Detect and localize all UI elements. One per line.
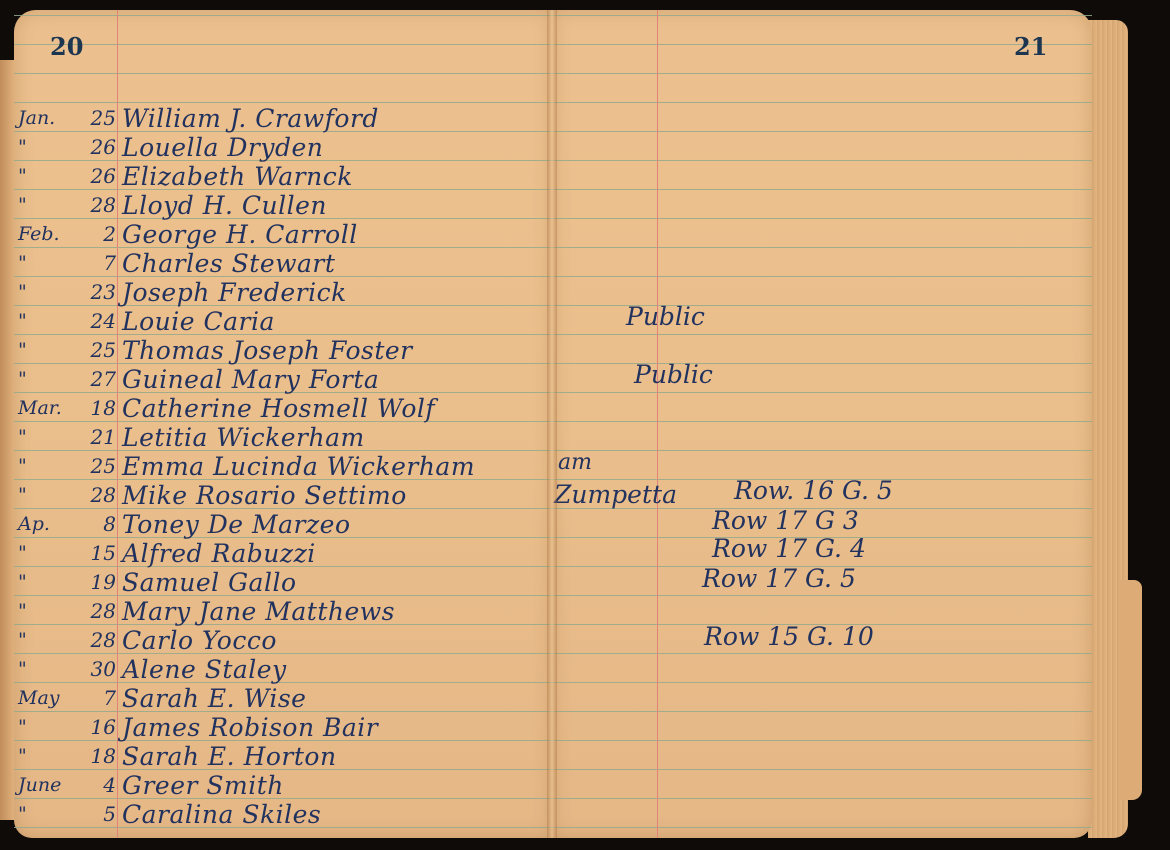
entry-day: 18 [80,742,116,771]
entry-month: Feb. [18,220,80,249]
entry-name: James Robison Bair [122,713,378,742]
entry-month: May [18,684,80,713]
note-row-grave-3: Row 17 G. 4 [712,534,866,563]
entry-day: 15 [80,539,116,568]
entry-month: " [18,655,80,684]
entry-month: " [18,423,80,452]
entry-day: 28 [80,597,116,626]
entry-month: " [18,800,80,829]
entry-name: Carlo Yocco [122,626,277,655]
ruled-lines [552,10,1092,838]
entry-day: 7 [80,684,116,713]
entry-month: " [18,162,80,191]
entry-name: Greer Smith [122,771,284,800]
margin-line [117,10,118,838]
note-name-continuation: am [558,450,592,475]
right-page: 21 Public Public am Zumpetta Row. 16 G. … [552,10,1092,838]
entry-month: Jan. [18,104,80,133]
entry-name: Mary Jane Matthews [122,597,395,626]
entry-month: " [18,626,80,655]
entry-name: Toney De Marzeo [122,510,351,539]
note-public-2: Public [634,360,713,389]
entry-day: 4 [80,771,116,800]
entry-name: Letitia Wickerham [122,423,365,452]
entry-month: Mar. [18,394,80,423]
entry-month: " [18,539,80,568]
note-public-1: Public [626,302,705,331]
entry-name: Emma Lucinda Wickerham [122,452,475,481]
entry-day: 8 [80,510,116,539]
entry-day: 26 [80,133,116,162]
entry-month: " [18,307,80,336]
entry-name: Louie Caria [122,307,275,336]
entry-name: Joseph Frederick [122,278,347,307]
page-number-left: 20 [50,32,83,61]
entry-day: 25 [80,336,116,365]
entry-name: Mike Rosario Settimo [122,481,407,510]
entry-day: 25 [80,104,116,133]
entry-day: 2 [80,220,116,249]
entry-name: Elizabeth Warnck [122,162,353,191]
entry-month: " [18,481,80,510]
entry-day: 27 [80,365,116,394]
entry-name: Charles Stewart [122,249,335,278]
entry-month: June [18,771,80,800]
entry-name: Samuel Gallo [122,568,297,597]
entry-day: 16 [80,713,116,742]
entry-name: George H. Carroll [122,220,358,249]
entry-month: " [18,742,80,771]
entry-month: " [18,452,80,481]
note-row-grave-2: Row 17 G 3 [712,506,859,535]
note-row-grave-4: Row 17 G. 5 [702,564,856,593]
entry-day: 26 [80,162,116,191]
left-page: 20 Jan.25William J. Crawford"26Louella D… [14,10,552,838]
entry-name: Guineal Mary Forta [122,365,379,394]
entry-day: 28 [80,191,116,220]
entry-name: Sarah E. Horton [122,742,337,771]
entry-name: William J. Crawford [122,104,379,133]
entry-name: Alene Staley [122,655,287,684]
entry-name: Lloyd H. Cullen [122,191,327,220]
entry-month: " [18,365,80,394]
entry-day: 25 [80,452,116,481]
entry-name: Thomas Joseph Foster [122,336,413,365]
note-row-grave-5: Row 15 G. 10 [704,622,874,651]
entry-month: " [18,713,80,742]
entry-day: 5 [80,800,116,829]
note-zumpetta: Zumpetta [554,480,677,509]
note-row-grave-1: Row. 16 G. 5 [734,476,893,505]
entry-month: " [18,336,80,365]
entry-month: " [18,191,80,220]
entry-day: 30 [80,655,116,684]
entry-month: Ap. [18,510,80,539]
book-left-edge [0,60,14,820]
entry-day: 19 [80,568,116,597]
entry-name: Catherine Hosmell Wolf [122,394,435,423]
entry-name: Sarah E. Wise [122,684,306,713]
margin-line [657,10,658,838]
page-number-right: 21 [1014,32,1047,61]
entry-day: 7 [80,249,116,278]
entry-month: " [18,278,80,307]
entry-name: Louella Dryden [122,133,323,162]
entry-day: 28 [80,626,116,655]
entry-day: 23 [80,278,116,307]
page-stack-tab [1120,580,1142,800]
entry-month: " [18,568,80,597]
entry-name: Caralina Skiles [122,800,321,829]
entry-day: 24 [80,307,116,336]
entry-month: " [18,133,80,162]
entry-day: 28 [80,481,116,510]
entry-day: 18 [80,394,116,423]
book-gutter [547,10,557,838]
entry-day: 21 [80,423,116,452]
entry-month: " [18,249,80,278]
entry-month: " [18,597,80,626]
entry-name: Alfred Rabuzzi [122,539,316,568]
